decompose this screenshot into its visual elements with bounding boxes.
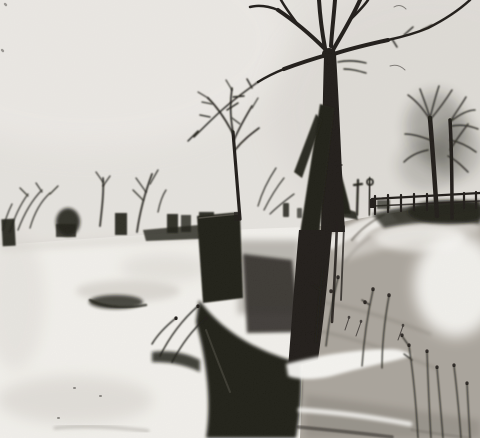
winter-photo-canvas: [0, 0, 480, 438]
photograph: [0, 0, 480, 438]
film-grain-overlay: [0, 0, 480, 438]
